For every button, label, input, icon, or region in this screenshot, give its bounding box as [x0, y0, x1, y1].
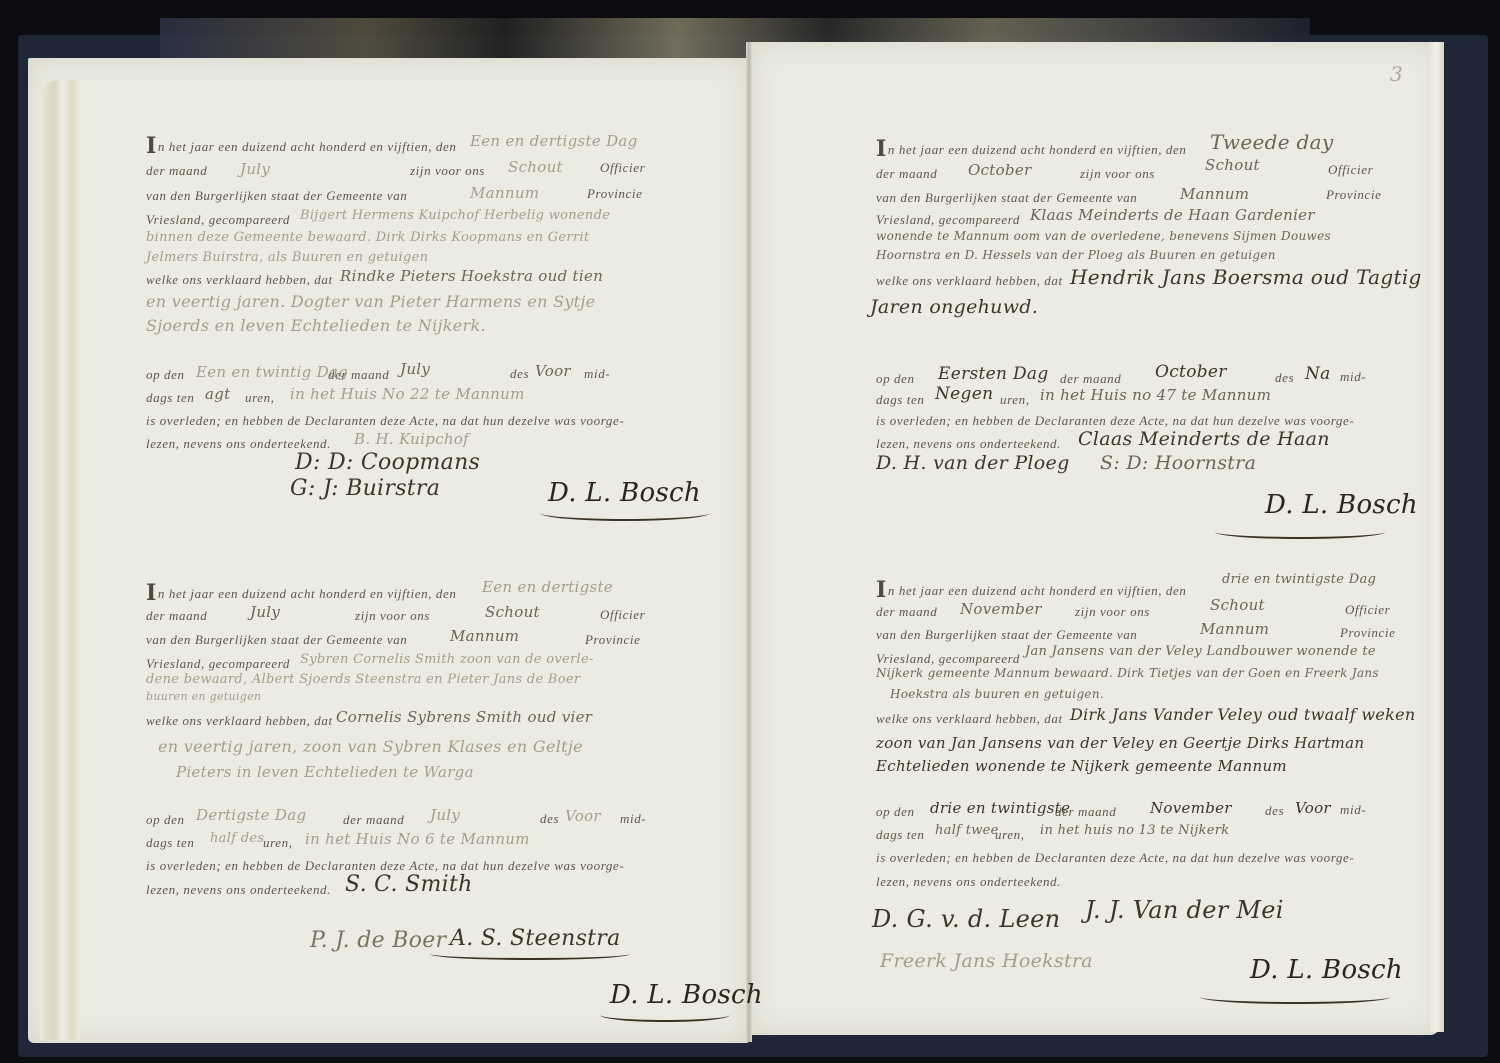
- form-line-uren: uren,: [263, 835, 293, 851]
- entry-day: Een en dertigste Dag: [470, 132, 638, 150]
- form-line-intro: In het jaar een duizend acht honderd en …: [876, 136, 1187, 162]
- form-line-provincie: Provincie: [587, 186, 642, 202]
- signature-declarant-3: Freerk Jans Hoekstra: [880, 950, 1093, 972]
- signature-declarant-3: S: D: Hoornstra: [1100, 452, 1256, 474]
- entry-hour: agt: [205, 385, 230, 403]
- form-line-gecompareerd: Vriesland, gecompareerd: [876, 212, 1020, 228]
- entry-death-day: Dertigste Dag: [196, 806, 306, 824]
- form-line-der-maand: der maand: [1055, 804, 1116, 820]
- page-fore-edge: [40, 80, 80, 1040]
- form-line-officier: Officier: [600, 160, 645, 176]
- form-line-month: der maand: [146, 163, 207, 179]
- form-line-gemeente: van den Burgerlijken staat der Gemeente …: [146, 632, 407, 648]
- entry-place: in het Huis No 6 te Mannum: [305, 830, 530, 848]
- form-line-provincie: Provincie: [1326, 187, 1381, 203]
- entry-officer: Schout: [485, 603, 540, 621]
- entry-declarants-1: Jan Jansens van der Veley Landbouwer won…: [1025, 644, 1376, 659]
- form-line-des: des: [510, 366, 529, 382]
- entry-hour: half des: [210, 831, 264, 846]
- form-line-uren: uren,: [995, 827, 1025, 843]
- entry-month: July: [250, 603, 280, 621]
- signature-flourish: [1200, 990, 1390, 1004]
- entry-declarants-3: Hoekstra als buuren en getuigen.: [890, 687, 1104, 701]
- form-line-voor-ons: zijn voor ons: [410, 163, 485, 179]
- form-line-gemeente: van den Burgerlijken staat der Gemeente …: [876, 190, 1137, 206]
- form-line-overleden: is overleden; en hebben de Declaranten d…: [876, 850, 1354, 866]
- entry-ampm: Na: [1305, 364, 1331, 384]
- entry-day: Tweede day: [1210, 130, 1333, 154]
- form-line-der-maand: der maand: [343, 812, 404, 828]
- signature-declarant-1: S. C. Smith: [345, 872, 473, 897]
- form-line-des: des: [1265, 803, 1284, 819]
- form-line-officier: Officier: [600, 607, 645, 623]
- page-number: 3: [1390, 62, 1403, 86]
- form-line-verklaard: welke ons verklaard hebben, dat: [876, 273, 1063, 289]
- entry-ampm: Voor: [535, 362, 571, 380]
- entry-deceased-1: Hendrik Jans Boersma oud Tagtig: [1070, 265, 1422, 289]
- entry-declarants-2: binnen deze Gemeente bewaard. Dirk Dirks…: [146, 230, 589, 245]
- form-line-mid: mid-: [620, 811, 646, 827]
- entry-municipality: Mannum: [1180, 185, 1249, 203]
- signature-declarant-2: P. J. de Boer: [310, 928, 446, 953]
- form-line-month: der maand: [146, 608, 207, 624]
- form-line-op-den: op den: [146, 367, 185, 383]
- entry-place: in het Huis No 22 te Mannum: [290, 385, 525, 403]
- signature-officer: D. L. Bosch: [548, 478, 701, 508]
- form-line-overleden: is overleden; en hebben de Declaranten d…: [146, 413, 624, 429]
- form-line-gemeente: van den Burgerlijken staat der Gemeente …: [146, 188, 407, 204]
- form-line-voor-ons: zijn voor ons: [355, 608, 430, 624]
- entry-death-day: drie en twintigste: [930, 799, 1070, 817]
- form-line-provincie: Provincie: [585, 632, 640, 648]
- form-line-mid: mid-: [584, 366, 610, 382]
- form-line-op-den: op den: [146, 812, 185, 828]
- form-line-voor-ons: zijn voor ons: [1080, 166, 1155, 182]
- entry-day: drie en twintigste Dag: [1222, 572, 1376, 587]
- form-line-verklaard: welke ons verklaard hebben, dat: [146, 272, 333, 288]
- form-line-uren: uren,: [1000, 392, 1030, 408]
- signature-declarant-2: D. H. van der Ploeg: [876, 452, 1070, 474]
- form-line-voor-ons: zijn voor ons: [1075, 604, 1150, 620]
- form-line-op-den: op den: [876, 804, 915, 820]
- form-line-gecompareerd: Vriesland, gecompareerd: [146, 212, 290, 228]
- entry-deceased-2: en veertig jaren. Dogter van Pieter Harm…: [146, 292, 595, 311]
- signature-officer: D. L. Bosch: [1250, 955, 1403, 985]
- entry-hour: Negen: [935, 384, 993, 404]
- form-line-der-maand: der maand: [1060, 371, 1121, 387]
- form-line-month: der maand: [876, 604, 937, 620]
- entry-death-day: Een en twintig Dag: [196, 363, 348, 381]
- entry-declarants-2: dene bewaard, Albert Sjoerds Steenstra e…: [146, 672, 580, 687]
- form-line-des: des: [1275, 370, 1294, 386]
- entry-death-day: Eersten Dag: [938, 364, 1049, 384]
- entry-month: July: [240, 160, 270, 178]
- signature-flourish: [430, 948, 630, 960]
- form-line-mid: mid-: [1340, 369, 1366, 385]
- entry-deceased-1: Rindke Pieters Hoekstra oud tien: [340, 267, 603, 285]
- entry-deceased-1: Cornelis Sybrens Smith oud vier: [336, 708, 592, 726]
- form-line-gecompareerd: Vriesland, gecompareerd: [146, 656, 290, 672]
- signature-flourish: [1215, 525, 1385, 539]
- entry-day: Een en dertigste: [482, 578, 613, 596]
- entry-month: October: [968, 161, 1032, 179]
- entry-municipality: Mannum: [470, 184, 539, 202]
- form-line-gemeente: van den Burgerlijken staat der Gemeente …: [876, 627, 1137, 643]
- form-line-overleden: is overleden; en hebben de Declaranten d…: [876, 413, 1354, 429]
- entry-declarants-3: Hoornstra en D. Hessels van der Ploeg al…: [876, 248, 1276, 262]
- signature-declarant-3: G: J: Buirstra: [290, 476, 440, 501]
- entry-municipality: Mannum: [1200, 620, 1269, 638]
- form-line-provincie: Provincie: [1340, 625, 1395, 641]
- entry-declarants-1: Klaas Meinderts de Haan Gardenier: [1030, 206, 1315, 224]
- form-line-verklaard: welke ons verklaard hebben, dat: [876, 711, 1063, 727]
- entry-death-month: October: [1155, 362, 1227, 382]
- form-line-dags-ten: dags ten: [876, 392, 925, 408]
- entry-place: in het huis no 13 te Nijkerk: [1040, 823, 1229, 838]
- book-gutter: [746, 42, 752, 1042]
- form-line-month: der maand: [876, 166, 937, 182]
- signature-declarant-1: D. G. v. d. Leen: [872, 905, 1060, 933]
- entry-ampm: Voor: [1295, 799, 1331, 817]
- entry-officer: Schout: [508, 158, 563, 176]
- form-line-der-maand: der maand: [328, 367, 389, 383]
- signature-declarant-2: J. J. Van der Mei: [1085, 896, 1284, 924]
- form-line-onderteekend: lezen, nevens ons onderteekend.: [146, 882, 331, 898]
- entry-deceased-2: Jaren ongehuwd.: [870, 296, 1038, 318]
- signature-flourish: [540, 505, 710, 521]
- entry-ampm: Voor: [565, 807, 601, 825]
- entry-deceased-3: Echtelieden wonende te Nijkerk gemeente …: [876, 757, 1287, 775]
- entry-month: November: [960, 600, 1042, 618]
- entry-declarants-2: Nijkerk gemeente Mannum bewaard. Dirk Ti…: [876, 666, 1379, 680]
- form-line-des: des: [540, 811, 559, 827]
- form-line-dags-ten: dags ten: [876, 827, 925, 843]
- form-line-verklaard: welke ons verklaard hebben, dat: [146, 713, 333, 729]
- signature-declarant-1: B. H. Kuipchof: [354, 430, 469, 448]
- entry-declarants-3: Jelmers Buirstra, als Buuren en getuigen: [146, 250, 428, 265]
- entry-death-month: November: [1150, 799, 1232, 817]
- entry-death-month: July: [430, 806, 460, 824]
- entry-deceased-1: Dirk Jans Vander Veley oud twaalf weken: [1070, 705, 1416, 724]
- signature-declarant-1: Claas Meinderts de Haan: [1078, 428, 1330, 450]
- form-line-intro: In het jaar een duizend acht honderd en …: [146, 133, 457, 159]
- entry-declarants-1: Sybren Cornelis Smith zoon van de overle…: [300, 652, 594, 667]
- signature-officer: D. L. Bosch: [610, 980, 763, 1010]
- form-line-officier: Officier: [1345, 602, 1390, 618]
- entry-officer: Schout: [1210, 596, 1265, 614]
- form-line-mid: mid-: [1340, 802, 1366, 818]
- entry-hour: half twee: [935, 823, 999, 838]
- form-line-gecompareerd: Vriesland, gecompareerd: [876, 651, 1020, 667]
- entry-declarants-2: wonende te Mannum oom van de overledene,…: [876, 229, 1331, 243]
- form-line-intro: In het jaar een duizend acht honderd en …: [146, 580, 457, 606]
- entry-officer: Schout: [1205, 156, 1260, 174]
- form-line-onderteekend: lezen, nevens ons onderteekend.: [876, 436, 1061, 452]
- signature-officer: D. L. Bosch: [1265, 490, 1418, 520]
- entry-declarants-1: Bijgert Hermens Kuipchof Herbelig wonend…: [300, 208, 610, 223]
- form-line-onderteekend: lezen, nevens ons onderteekend.: [876, 874, 1061, 890]
- entry-deceased-2: en veertig jaren, zoon van Sybren Klases…: [158, 737, 583, 756]
- signature-flourish: [600, 1008, 730, 1022]
- entry-deceased-3: Sjoerds en leven Echtelieden te Nijkerk.: [146, 316, 486, 335]
- entry-death-month: July: [400, 360, 430, 378]
- entry-municipality: Mannum: [450, 627, 519, 645]
- entry-deceased-2: zoon van Jan Jansens van der Veley en Ge…: [876, 734, 1364, 752]
- form-line-dags-ten: dags ten: [146, 390, 195, 406]
- form-line-officier: Officier: [1328, 162, 1373, 178]
- entry-place: in het Huis no 47 te Mannum: [1040, 386, 1271, 404]
- form-line-dags-ten: dags ten: [146, 835, 195, 851]
- form-line-uren: uren,: [245, 390, 275, 406]
- form-line-op-den: op den: [876, 371, 915, 387]
- entry-deceased-3: Pieters in leven Echtelieden te Warga: [176, 763, 474, 781]
- right-page-edge: [1430, 42, 1444, 1032]
- entry-declarants-3: buuren en getuigen: [146, 690, 261, 703]
- signature-declarant-2: D: D: Coopmans: [295, 450, 480, 475]
